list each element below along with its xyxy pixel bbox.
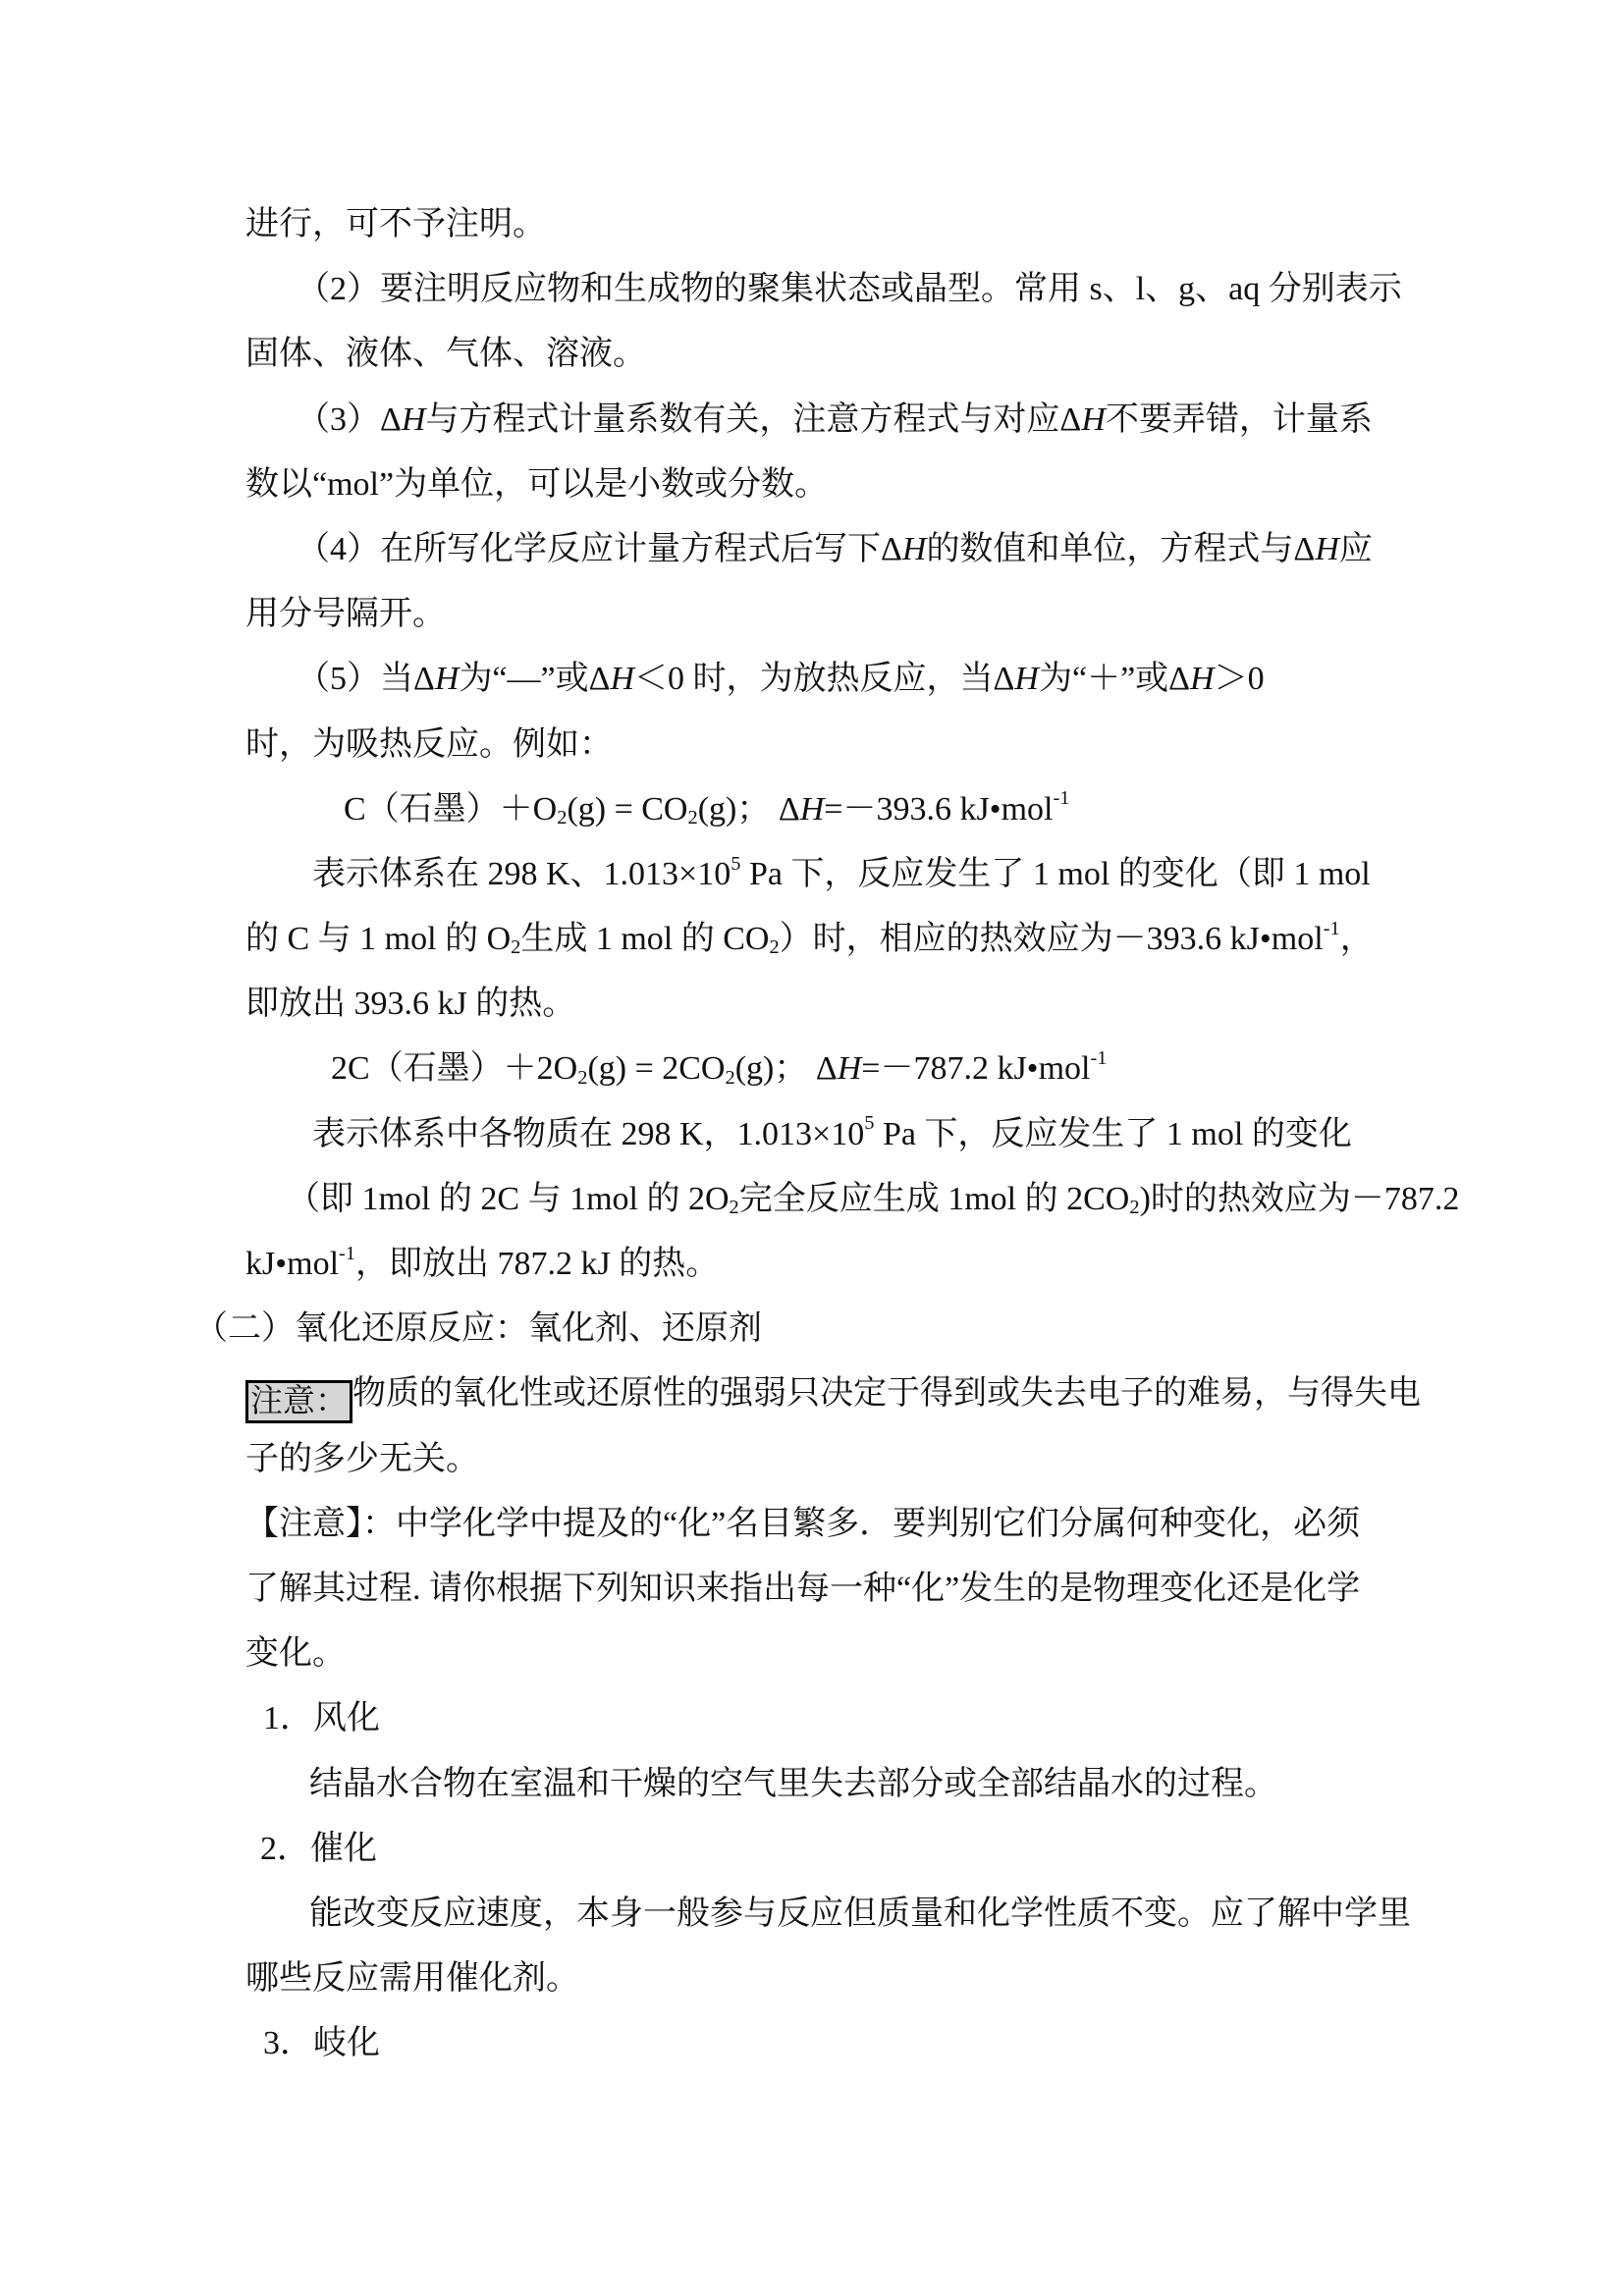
text-run: 不要弄错，计量系 <box>1106 401 1373 438</box>
doc-line-24: 1．风化 <box>263 1686 1624 1751</box>
text-run: 的 C 与 1 mol 的 O <box>245 921 511 957</box>
subscript: 2 <box>511 936 520 958</box>
superscript: -1 <box>1324 918 1340 939</box>
doc-line-9: 时，为吸热反应。例如： <box>245 713 1624 777</box>
text-run: 用分号隔开。 <box>245 596 446 632</box>
superscript: -1 <box>1090 1047 1107 1069</box>
doc-line-20: 子的多少无关。 <box>245 1427 1624 1492</box>
doc-line-11: 表示体系在 298 K、1.013×105 Pa 下，反应发生了 1 mol 的… <box>312 842 1624 907</box>
text-run: 数以“mol”为单位，可以是小数或分数。 <box>245 466 828 503</box>
subscript: 2 <box>688 807 698 828</box>
subscript: 2 <box>730 1197 739 1218</box>
doc-line-22: 了解其过程. 请你根据下列知识来指出每一种“化”发生的是物理变化还是化学 <box>245 1557 1624 1622</box>
superscript: -1 <box>339 1243 355 1264</box>
doc-line-3: 固体、液体、气体、溶液。 <box>245 322 1624 387</box>
text-run: 了解其过程. 请你根据下列知识来指出每一种“化”发生的是物理变化还是化学 <box>245 1571 1360 1607</box>
text-run: 2．催化 <box>260 1831 377 1867</box>
text-run: )时的热效应为－787.2 <box>1140 1181 1460 1217</box>
italic-run: H <box>902 531 927 567</box>
text-run: （5）当Δ <box>297 661 435 697</box>
doc-line-2: （2）要注明反应物和生成物的聚集状态或晶型。常用 s、l、g、aq 分别表示 <box>297 257 1624 322</box>
text-run: 1．风化 <box>263 1700 380 1736</box>
doc-line-1: 进行，可不予注明。 <box>245 192 1624 257</box>
doc-line-26: 2．催化 <box>260 1817 1624 1882</box>
italic-run: H <box>1014 661 1039 697</box>
text-run: =－393.6 kJ•mol <box>824 791 1053 828</box>
text-run: 2C（石墨）＋2O <box>331 1050 577 1087</box>
text-run: 为“＋”或Δ <box>1039 661 1190 697</box>
text-run: 结晶水合物在室温和干燥的空气里失去部分或全部结晶水的过程。 <box>309 1766 1277 1802</box>
italic-run: H <box>1315 531 1339 567</box>
text-run: ， <box>1340 921 1374 957</box>
doc-line-14: 2C（石墨）＋2O2(g) = 2CO2(g)； ΔH=－787.2 kJ•mo… <box>331 1037 1624 1101</box>
text-run: kJ•mol <box>245 1246 339 1282</box>
text-run: C（石墨）＋O <box>344 791 557 828</box>
doc-line-16: （即 1mol 的 2C 与 1mol 的 2O2完全反应生成 1mol 的 2… <box>287 1167 1624 1232</box>
doc-line-8: （5）当ΔH为“—”或ΔH＜0 时，为放热反应，当ΔH为“＋”或ΔH＞0 <box>297 647 1624 712</box>
text-run: 与方程式计量系数有关，注意方程式与对应Δ <box>425 401 1081 438</box>
text-run: 表示体系在 298 K、1.013×10 <box>312 856 731 892</box>
doc-line-5: 数以“mol”为单位，可以是小数或分数。 <box>245 453 1624 517</box>
text-run: 3．岐化 <box>263 2025 380 2061</box>
text-run: 进行，可不予注明。 <box>245 206 546 242</box>
subscript: 2 <box>577 1067 587 1089</box>
text-run: 哪些反应需用催化剂。 <box>245 1960 579 1997</box>
text-run: Pa 下，反应发生了 1 mol 的变化（即 1 mol <box>740 856 1370 892</box>
text-run: 表示体系中各物质在 298 K，1.013×10 <box>312 1116 864 1152</box>
text-run: 能改变反应速度，本身一般参与反应但质量和化学性质不变。应了解中学里 <box>309 1896 1411 1932</box>
text-run: (g)； Δ <box>735 1050 838 1087</box>
italic-run: H <box>610 661 634 697</box>
doc-line-12: 的 C 与 1 mol 的 O2生成 1 mol 的 CO2）时，相应的热效应为… <box>245 907 1624 972</box>
doc-line-23: 变化。 <box>245 1622 1624 1686</box>
text-run: （3）Δ <box>297 401 402 438</box>
doc-line-19: 注意：物质的氧化性或还原性的强弱只决定于得到或失去电子的难易，与得失电 <box>245 1362 1624 1426</box>
doc-line-21: 【注意】：中学化学中提及的“化”名目繁多．要判别它们分属何种变化，必须 <box>245 1492 1624 1557</box>
doc-line-15: 表示体系中各物质在 298 K，1.013×105 Pa 下，反应发生了 1 m… <box>312 1102 1624 1167</box>
text-run: (g) = 2CO <box>587 1050 725 1087</box>
text-run: （二）氧化还原反应：氧化剂、还原剂 <box>194 1310 762 1347</box>
text-run: 固体、液体、气体、溶液。 <box>245 336 646 372</box>
text-run: 应 <box>1339 531 1373 567</box>
doc-line-29: 3．岐化 <box>263 2011 1624 2076</box>
doc-line-25: 结晶水合物在室温和干燥的空气里失去部分或全部结晶水的过程。 <box>309 1752 1624 1817</box>
doc-line-18: （二）氧化还原反应：氧化剂、还原剂 <box>194 1297 1624 1362</box>
doc-line-7: 用分号隔开。 <box>245 582 1624 647</box>
text-run: 物质的氧化性或还原性的强弱只决定于得到或失去电子的难易，与得失电 <box>352 1375 1421 1412</box>
text-run: 时，为吸热反应。例如： <box>245 726 613 763</box>
text-run: 完全反应生成 1mol 的 2CO <box>739 1181 1130 1217</box>
italic-run: H <box>1190 661 1215 697</box>
document-page: 进行，可不予注明。（2）要注明反应物和生成物的聚集状态或晶型。常用 s、l、g、… <box>0 0 1624 2296</box>
text-run: ＞0 <box>1215 661 1265 697</box>
subscript: 2 <box>1129 1197 1139 1218</box>
text-run: (g) = CO <box>567 791 687 828</box>
note-box: 注意： <box>245 1380 352 1423</box>
superscript: 5 <box>864 1112 874 1134</box>
doc-line-28: 哪些反应需用催化剂。 <box>245 1947 1624 2011</box>
doc-line-27: 能改变反应速度，本身一般参与反应但质量和化学性质不变。应了解中学里 <box>309 1882 1624 1947</box>
subscript: 2 <box>769 936 779 958</box>
text-run: （4）在所写化学反应计量方程式后写下Δ <box>297 531 902 567</box>
doc-line-10: C（石墨）＋O2(g) = CO2(g)； ΔH=－393.6 kJ•mol-1 <box>344 777 1624 842</box>
superscript: 5 <box>731 853 740 875</box>
text-run: （即 1mol 的 2C 与 1mol 的 2O <box>287 1181 730 1217</box>
italic-run: H <box>1081 401 1106 438</box>
text-run: 即放出 393.6 kJ 的热。 <box>245 986 575 1022</box>
text-run: （2）要注明反应物和生成物的聚集状态或晶型。常用 s、l、g、aq 分别表示 <box>297 271 1402 307</box>
text-run: ，即放出 787.2 kJ 的热。 <box>355 1246 719 1282</box>
doc-line-4: （3）ΔH与方程式计量系数有关，注意方程式与对应ΔH不要弄错，计量系 <box>297 388 1624 453</box>
text-run: ＜0 时，为放热反应，当Δ <box>634 661 1014 697</box>
doc-line-17: kJ•mol-1，即放出 787.2 kJ 的热。 <box>245 1232 1624 1297</box>
italic-run: H <box>402 401 426 438</box>
document-body: 进行，可不予注明。（2）要注明反应物和生成物的聚集状态或晶型。常用 s、l、g、… <box>0 192 1624 2076</box>
text-run: 生成 1 mol 的 CO <box>520 921 769 957</box>
text-run: 【注意】：中学化学中提及的“化”名目繁多．要判别它们分属何种变化，必须 <box>245 1506 1360 1542</box>
text-run: 为“—”或Δ <box>459 661 610 697</box>
text-run: 的数值和单位，方程式与Δ <box>926 531 1315 567</box>
italic-run: H <box>838 1050 862 1087</box>
superscript: -1 <box>1053 787 1069 809</box>
text-run: ）时，相应的热效应为－393.6 kJ•mol <box>780 921 1324 957</box>
text-run: 子的多少无关。 <box>245 1441 479 1477</box>
italic-run: H <box>435 661 460 697</box>
text-run: =－787.2 kJ•mol <box>861 1050 1090 1087</box>
doc-line-6: （4）在所写化学反应计量方程式后写下ΔH的数值和单位，方程式与ΔH应 <box>297 517 1624 582</box>
subscript: 2 <box>726 1067 735 1089</box>
text-run: 变化。 <box>245 1635 346 1672</box>
doc-line-13: 即放出 393.6 kJ 的热。 <box>245 972 1624 1037</box>
text-run: (g)； Δ <box>698 791 800 828</box>
text-run: Pa 下，反应发生了 1 mol 的变化 <box>874 1116 1351 1152</box>
italic-run: H <box>800 791 825 828</box>
subscript: 2 <box>557 807 567 828</box>
